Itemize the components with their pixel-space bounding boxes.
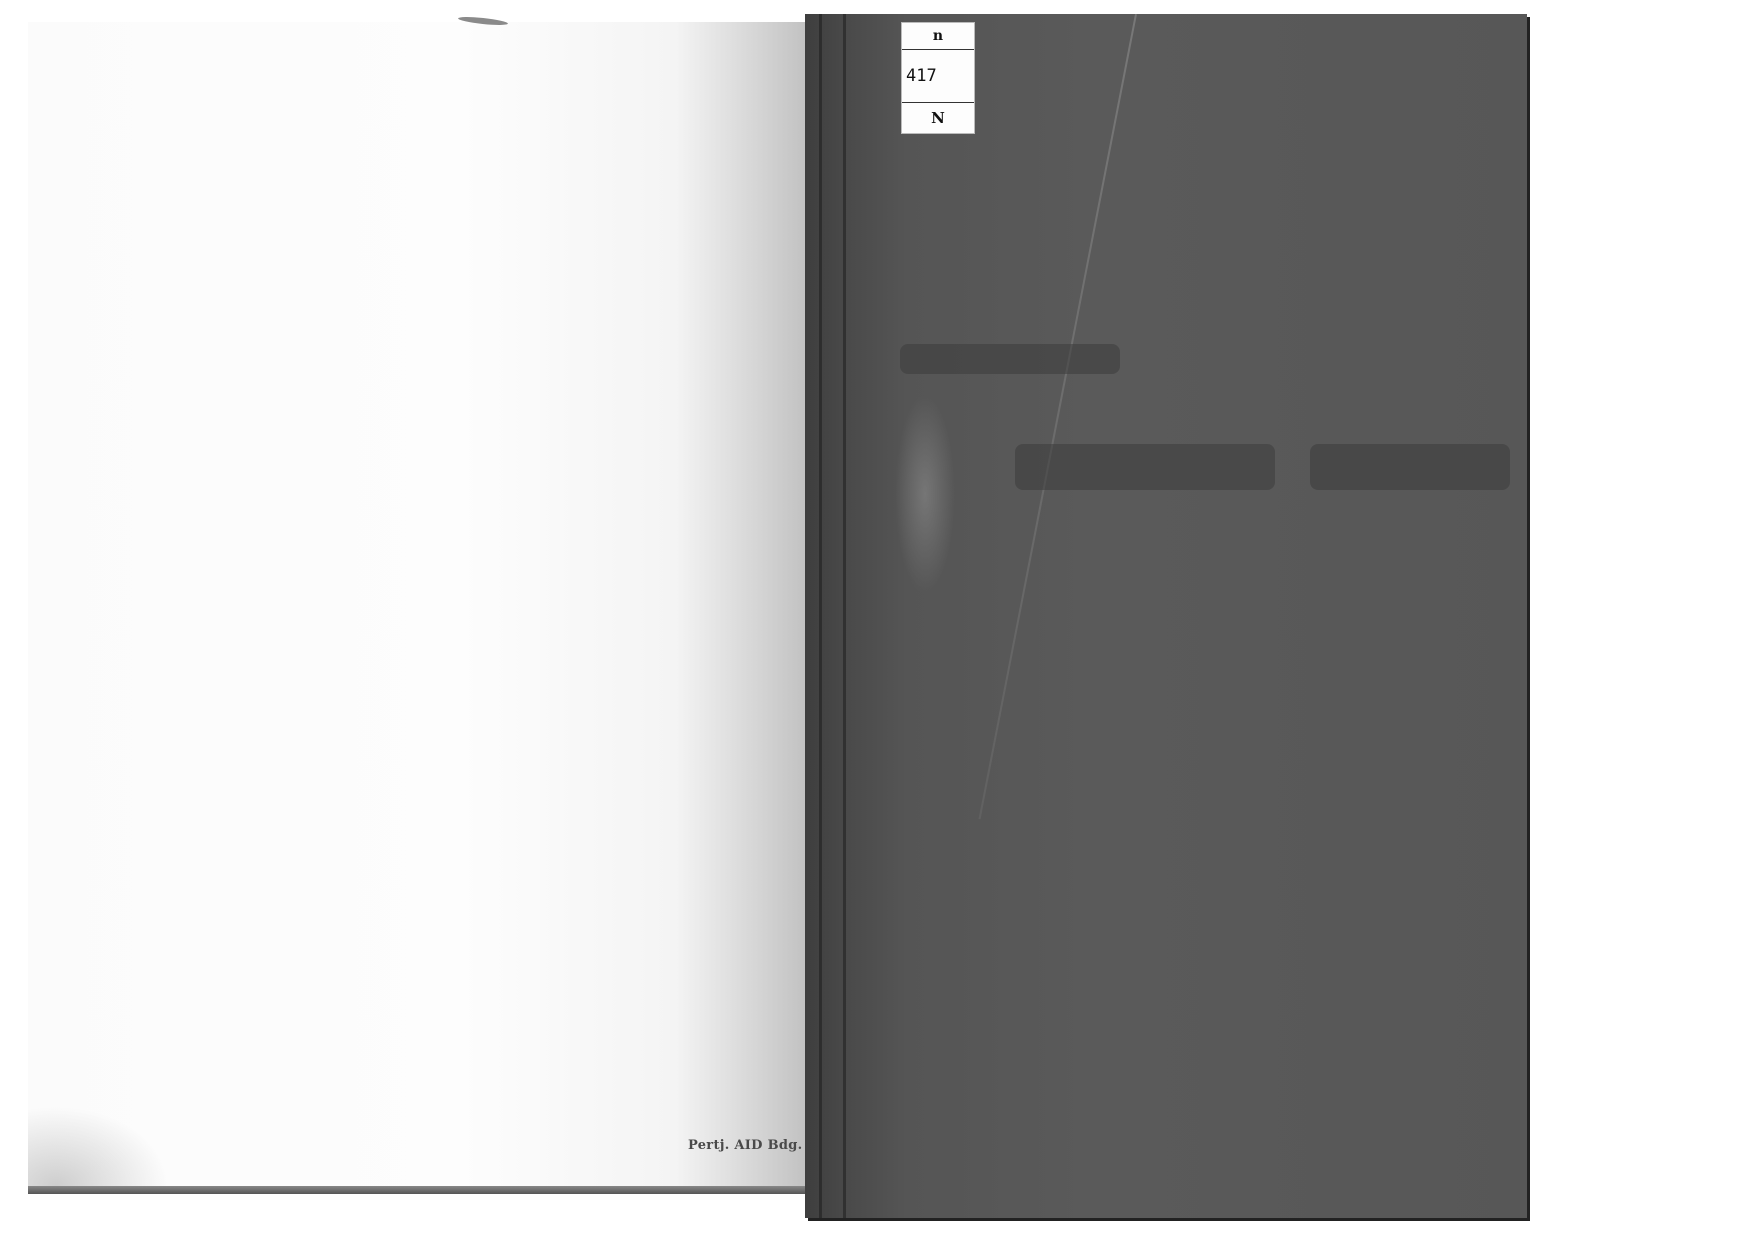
inside-cover-page	[28, 22, 818, 1186]
faded-title-line	[1015, 444, 1275, 490]
call-number-label: n 417 N	[901, 22, 975, 134]
wear-patch	[895, 394, 955, 594]
printer-imprint: Pertj. AID Bdg.	[688, 1138, 802, 1153]
call-number-line3: N	[902, 103, 974, 133]
faded-title-line	[900, 344, 1120, 374]
spine-crease	[843, 14, 846, 1218]
call-number-line1: n	[902, 23, 974, 50]
corner-stain	[28, 1106, 168, 1186]
book-cover	[805, 14, 1527, 1218]
call-number-line2: 417	[902, 50, 974, 103]
page-bottom-edge	[28, 1186, 818, 1194]
spine-crease	[819, 14, 822, 1218]
cover-crack	[979, 14, 1137, 819]
page-tear	[458, 15, 508, 26]
faded-title-line	[1310, 444, 1510, 490]
